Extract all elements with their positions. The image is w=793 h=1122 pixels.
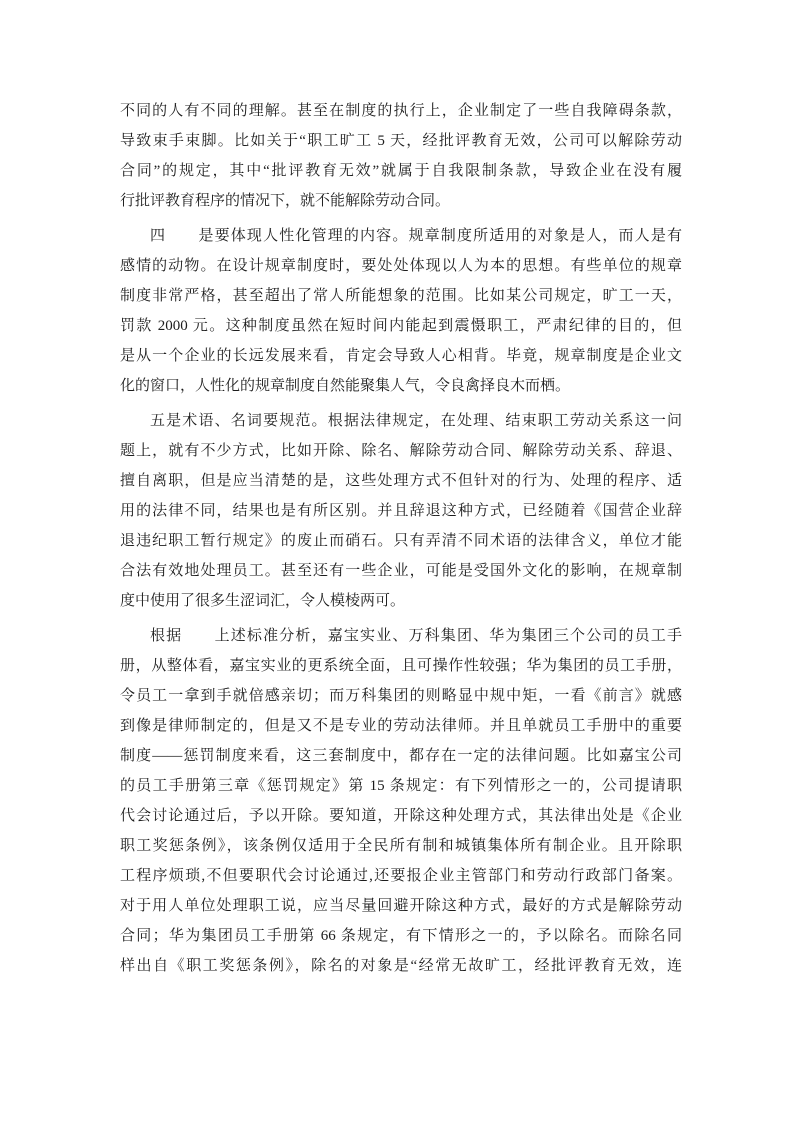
text-line: 五是术语、名词要规范。根据法律规定，在处理、结束职工劳动关系这一问 (120, 406, 682, 436)
text-line: 是从一个企业的长远发展来看，肯定会导致人心相背。毕竟，规章制度是企业文 (120, 341, 682, 371)
text-line: 用的法律不同，结果也是有所区别。并且辞退这种方式，已经随着《国营企业辞 (120, 496, 682, 526)
text-line: 退违纪职工暂行规定》的废止而硝石。只有弄清不同术语的法律含义，单位才能 (120, 526, 682, 556)
text-line: 化的窗口，人性化的规章制度自然能聚集人气，令良禽择良木而栖。 (120, 371, 682, 401)
text-line: 到像是律师制定的，但是又不是专业的劳动法律师。并且单就员工手册中的重要 (120, 711, 682, 741)
text-line: 样出自《职工奖惩条例》，除名的对象是“经常无故旷工，经批评教育无效，连 (120, 951, 682, 981)
text-line: 度中使用了很多生涩词汇，令人模棱两可。 (120, 586, 682, 616)
paragraph: 五是术语、名词要规范。根据法律规定，在处理、结束职工劳动关系这一问 题上，就有不… (120, 406, 682, 616)
paragraph: 四 是要体现人性化管理的内容。规章制度所适用的对象是人，而人是有 感情的动物。在… (120, 221, 682, 401)
text-line: 行批评教育程序的情况下，就不能解除劳动合同。 (120, 186, 682, 216)
text-line: 合同；华为集团员工手册第 66 条规定，有下情形之一的，予以除名。而除名同 (120, 921, 682, 951)
text-line: 令员工一拿到手就倍感亲切；而万科集团的则略显中规中矩，一看《前言》就感 (120, 681, 682, 711)
text-line: 的员工手册第三章《惩罚规定》第 15 条规定：有下列情形之一的，公司提请职 (120, 771, 682, 801)
text-line: 导致束手束脚。比如关于“职工旷工 5 天，经批评教育无效，公司可以解除劳动 (120, 126, 682, 156)
text-line: 题上，就有不少方式，比如开除、除名、解除劳动合同、解除劳动关系、辞退、 (120, 436, 682, 466)
text-line: 感情的动物。在设计规章制度时，要处处体现以人为本的思想。有些单位的规章 (120, 251, 682, 281)
text-line: 罚款 2000 元。这种制度虽然在短时间内能起到震慑职工，严肃纪律的目的，但 (120, 311, 682, 341)
text-line: 制度——惩罚制度来看，这三套制度中，都存在一定的法律问题。比如嘉宝公司 (120, 741, 682, 771)
text-line: 擅自离职，但是应当清楚的是，这些处理方式不但针对的行为、处理的程序、适 (120, 466, 682, 496)
text-line: 工程序烦琐,不但要职代会讨论通过,还要报企业主管部门和劳动行政部门备案。 (120, 861, 682, 891)
paragraph: 不同的人有不同的理解。甚至在制度的执行上，企业制定了一些自我障碍条款， 导致束手… (120, 96, 682, 216)
text-line: 不同的人有不同的理解。甚至在制度的执行上，企业制定了一些自我障碍条款， (120, 96, 682, 126)
text-line: 代会讨论通过后，予以开除。要知道，开除这种处理方式，其法律出处是《企业 (120, 801, 682, 831)
text-line: 合同”的规定，其中“批评教育无效”就属于自我限制条款，导致企业在没有履 (120, 156, 682, 186)
text-line: 对于用人单位处理职工说，应当尽量回避开除这种方式，最好的方式是解除劳动 (120, 891, 682, 921)
document-page: 不同的人有不同的理解。甚至在制度的执行上，企业制定了一些自我障碍条款， 导致束手… (0, 0, 793, 1122)
text-line: 合法有效地处理员工。甚至还有一些企业，可能是受国外文化的影响，在规章制 (120, 556, 682, 586)
text-line: 根据 上述标准分析，嘉宝实业、万科集团、华为集团三个公司的员工手 (120, 621, 682, 651)
text-line: 制度非常严格，甚至超出了常人所能想象的范围。比如某公司规定，旷工一天， (120, 281, 682, 311)
text-line: 四 是要体现人性化管理的内容。规章制度所适用的对象是人，而人是有 (120, 221, 682, 251)
paragraph: 根据 上述标准分析，嘉宝实业、万科集团、华为集团三个公司的员工手 册，从整体看，… (120, 621, 682, 981)
text-line: 册，从整体看，嘉宝实业的更系统全面，且可操作性较强；华为集团的员工手册， (120, 651, 682, 681)
text-line: 职工奖惩条例》，该条例仅适用于全民所有制和城镇集体所有制企业。且开除职 (120, 831, 682, 861)
